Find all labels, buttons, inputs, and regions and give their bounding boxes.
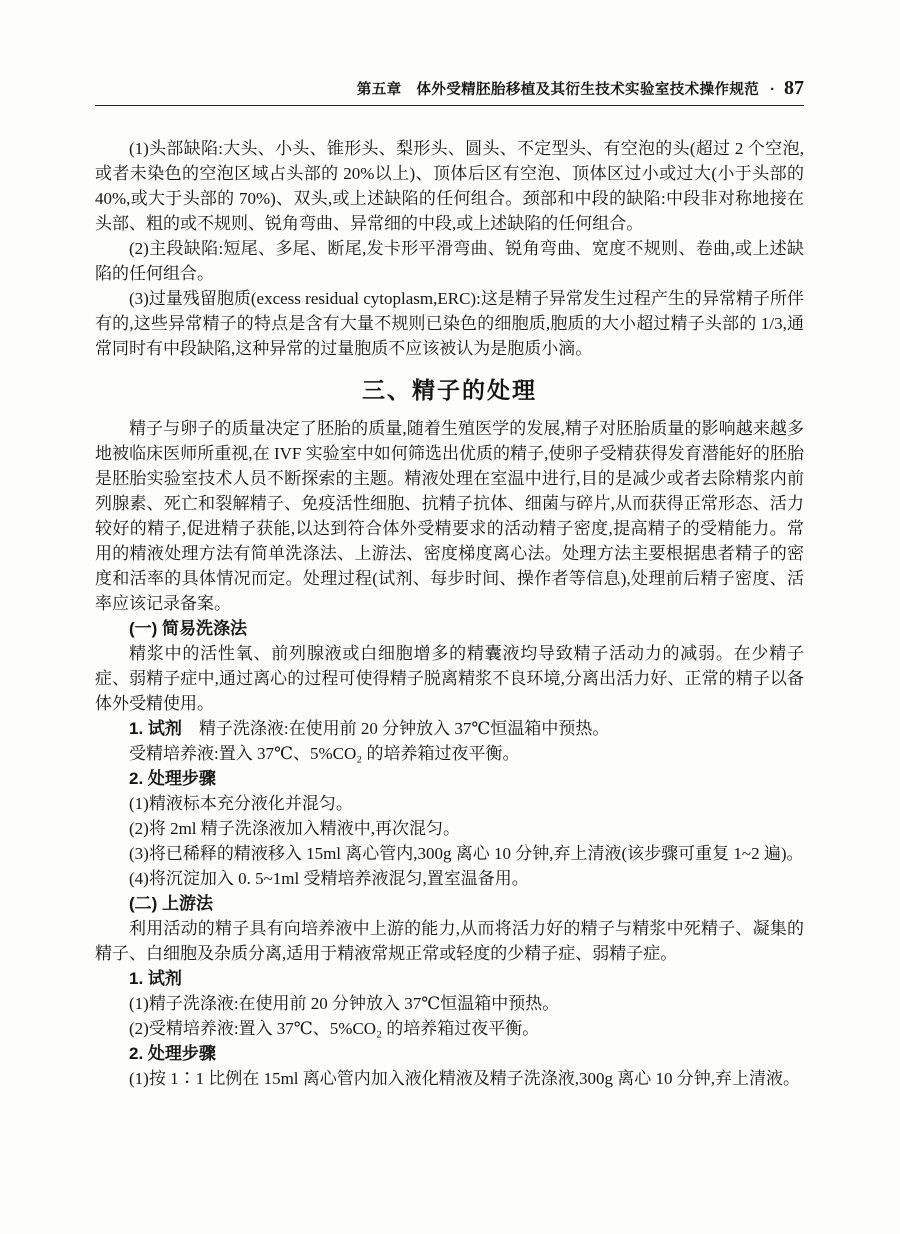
- simple-wash-step-1: (1)精液标本充分液化并混匀。: [95, 791, 804, 816]
- page-header: 第五章 体外受精胚胎移植及其衍生技术实验室技术操作规范 · 87: [95, 80, 804, 98]
- line-swim-up-reagent-label: 1. 试剂: [95, 966, 804, 991]
- paragraph-section-intro: 精子与卵子的质量决定了胚胎的质量,随着生殖医学的发展,精子对胚胎质量的影响越来越…: [95, 416, 804, 616]
- paragraph-principal-piece-defects: (2)主段缺陷:短尾、多尾、断尾,发卡形平滑弯曲、锐角弯曲、宽度不规则、卷曲,或…: [95, 236, 804, 286]
- paragraph-head-defects: (1)头部缺陷:大头、小头、锥形头、梨形头、圆头、不定型头、有空泡的头(超过 2…: [95, 136, 804, 236]
- paragraph-excess-residual-cytoplasm: (3)过量残留胞质(excess residual cytoplasm,ERC)…: [95, 286, 804, 361]
- header-rule: [95, 105, 804, 106]
- book-page: 第五章 体外受精胚胎移植及其衍生技术实验室技术操作规范 · 87 (1)头部缺陷…: [0, 0, 900, 1234]
- page-number: 87: [784, 80, 804, 96]
- line-simple-wash-steps-label: 2. 处理步骤: [95, 766, 804, 791]
- running-head: 第五章 体外受精胚胎移植及其衍生技术实验室技术操作规范: [357, 82, 759, 98]
- steps-label: 2. 处理步骤: [129, 769, 216, 788]
- header-separator: ·: [770, 82, 775, 98]
- simple-wash-step-2: (2)将 2ml 精子洗涤液加入精液中,再次混匀。: [95, 816, 804, 841]
- subsection-swim-up-heading: (二) 上游法: [95, 891, 804, 916]
- reagent-text: 精子洗涤液:在使用前 20 分钟放入 37℃恒温箱中预热。: [199, 719, 610, 738]
- swim-up-step-1: (1)按 1∶1 比例在 15ml 离心管内加入液化精液及精子洗涤液,300g …: [95, 1066, 804, 1091]
- reagent-label: 1. 试剂: [129, 969, 182, 988]
- page-content: (1)头部缺陷:大头、小头、锥形头、梨形头、圆头、不定型头、有空泡的头(超过 2…: [95, 136, 804, 1091]
- line-simple-wash-reagent-2: 受精培养液:置入 37℃、5%CO₂ 的培养箱过夜平衡。: [95, 741, 804, 766]
- steps-label: 2. 处理步骤: [129, 1044, 216, 1063]
- section-title-sperm-processing: 三、精子的处理: [95, 376, 804, 404]
- paragraph-swim-up-intro: 利用活动的精子具有向培养液中上游的能力,从而将活力好的精子与精浆中死精子、凝集的…: [95, 916, 804, 966]
- simple-wash-step-4: (4)将沉淀加入 0. 5~1ml 受精培养液混匀,置室温备用。: [95, 866, 804, 891]
- swim-up-reagent-1: (1)精子洗涤液:在使用前 20 分钟放入 37℃恒温箱中预热。: [95, 991, 804, 1016]
- simple-wash-step-3: (3)将已稀释的精液移入 15ml 离心管内,300g 离心 10 分钟,弃上清…: [95, 841, 804, 866]
- swim-up-reagent-2: (2)受精培养液:置入 37℃、5%CO₂ 的培养箱过夜平衡。: [95, 1016, 804, 1041]
- paragraph-simple-wash-intro: 精浆中的活性氧、前列腺液或白细胞增多的精囊液均导致精子活动力的减弱。在少精子症、…: [95, 641, 804, 716]
- line-swim-up-steps-label: 2. 处理步骤: [95, 1041, 804, 1066]
- subsection-simple-wash-heading: (一) 简易洗涤法: [95, 616, 804, 641]
- reagent-label: 1. 试剂: [129, 719, 182, 738]
- line-simple-wash-reagent: 1. 试剂精子洗涤液:在使用前 20 分钟放入 37℃恒温箱中预热。: [95, 716, 804, 741]
